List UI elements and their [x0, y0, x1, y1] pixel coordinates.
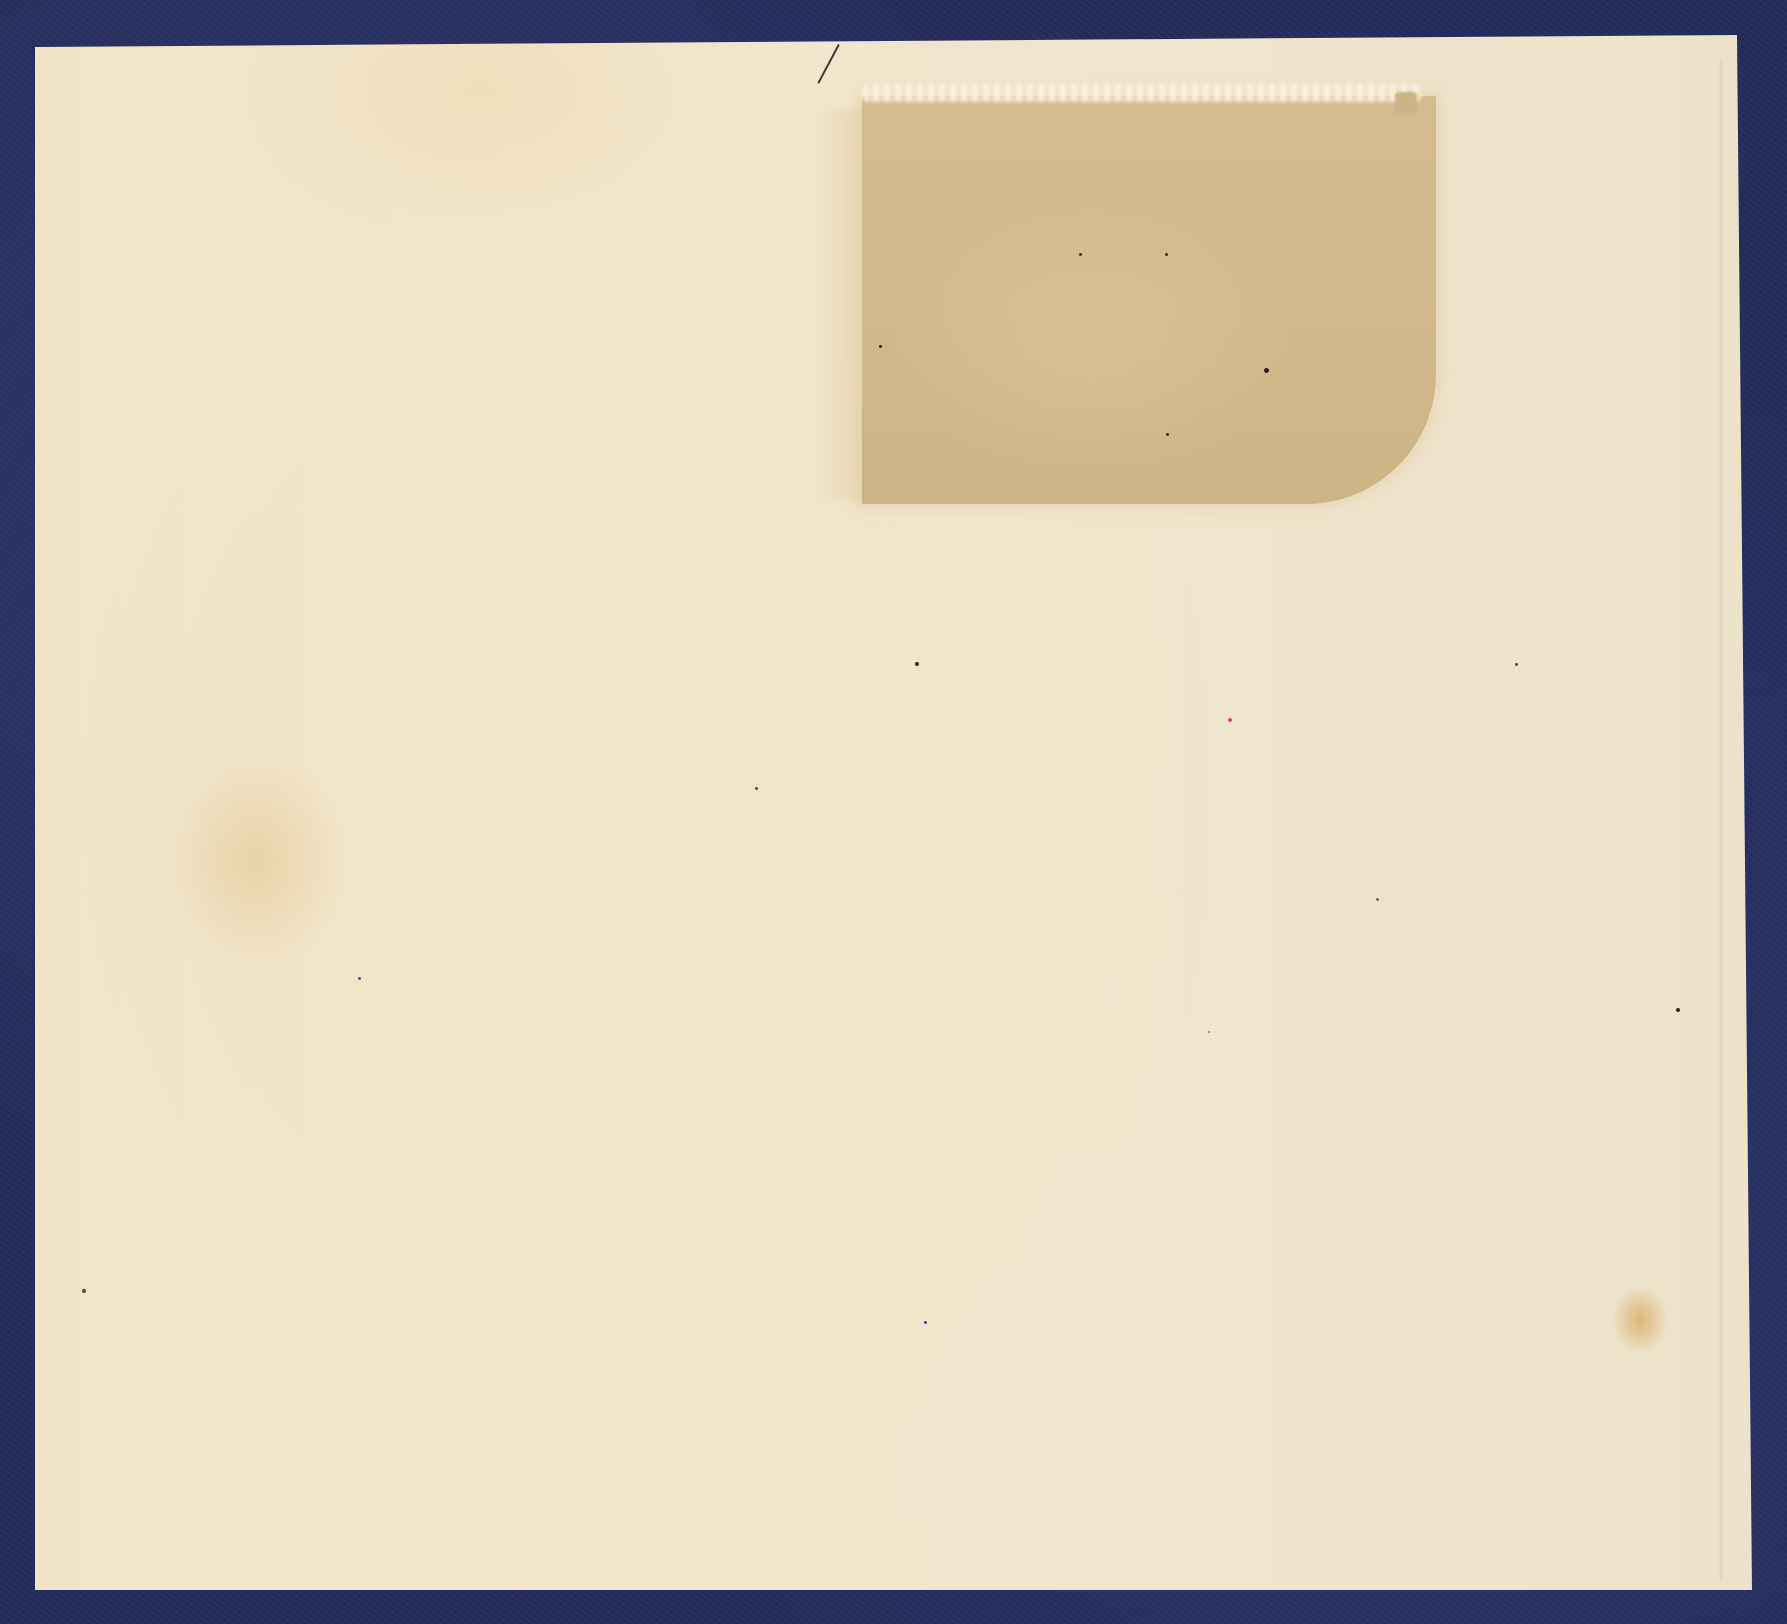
speck: [1515, 663, 1518, 666]
speck: [82, 1289, 86, 1293]
speck: [879, 345, 882, 348]
speck: [1376, 898, 1379, 901]
speck: [1166, 433, 1169, 436]
speck: [915, 662, 919, 666]
speck: [924, 1321, 927, 1324]
speck: [358, 977, 361, 980]
stamp-hinge-remnant: [862, 96, 1436, 504]
speck: [1264, 368, 1269, 373]
speck: [1079, 253, 1082, 256]
hinge-corner-spot: [1395, 92, 1417, 114]
hinge-torn-top-edge: [862, 84, 1422, 102]
speck: [1208, 1031, 1210, 1033]
speck: [755, 787, 758, 790]
speck: [1228, 718, 1232, 722]
speck: [1165, 253, 1168, 256]
paper-edge-fold-line: [1718, 60, 1724, 1580]
speck: [1676, 1008, 1680, 1012]
